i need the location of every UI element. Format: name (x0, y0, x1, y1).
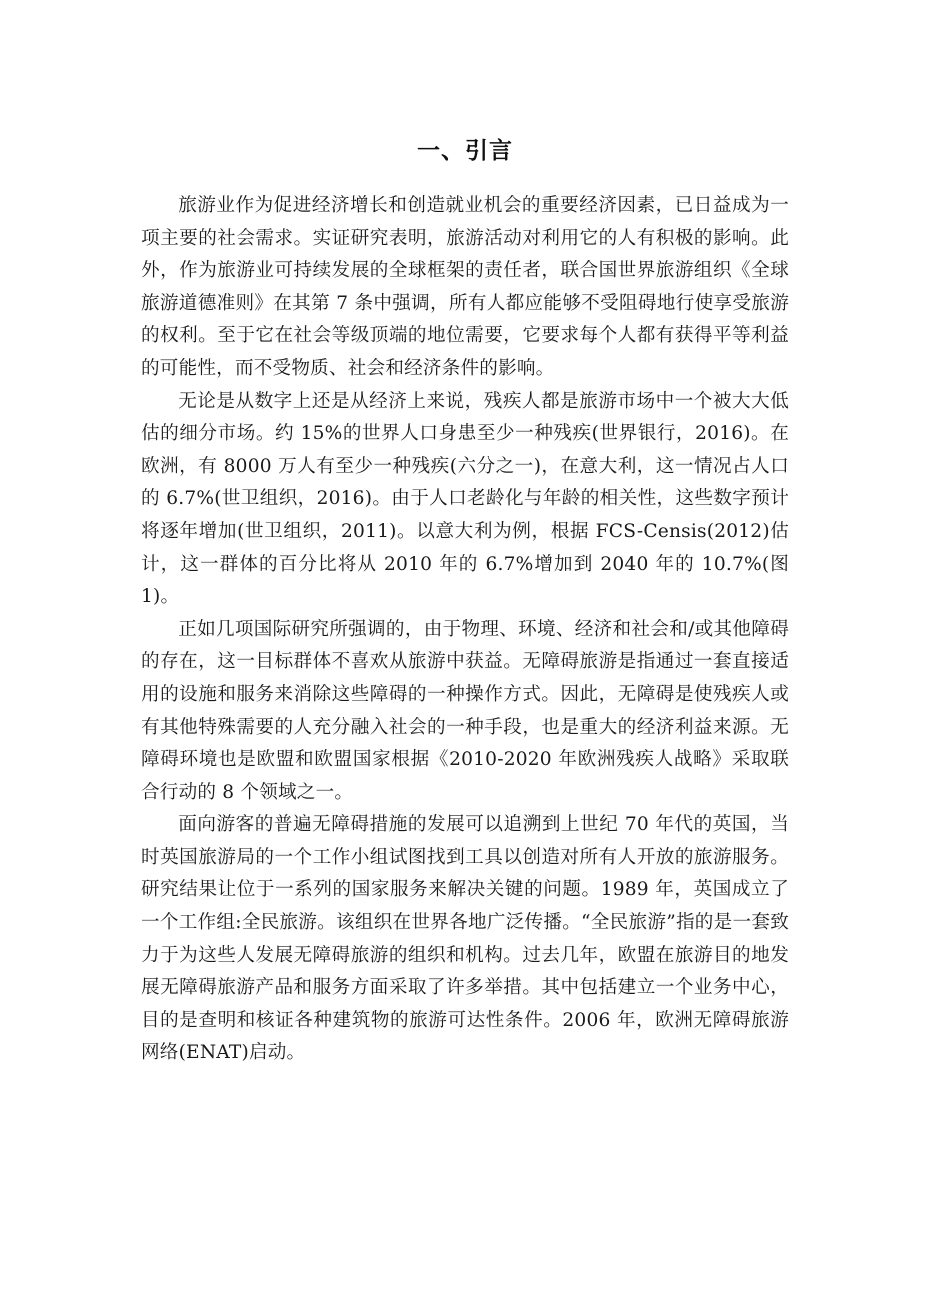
paragraph-4: 面向游客的普遍无障碍措施的发展可以追溯到上世纪 70 年代的英国，当时英国旅游局… (141, 809, 789, 1070)
paragraph-2: 无论是从数字上还是从经济上来说，残疾人都是旅游市场中一个被大大低估的细分市场。约… (141, 386, 789, 614)
document-body: 旅游业作为促进经济增长和创造就业机会的重要经济因素，已日益成为一项主要的社会需求… (141, 190, 789, 1070)
paragraph-1: 旅游业作为促进经济增长和创造就业机会的重要经济因素，已日益成为一项主要的社会需求… (141, 190, 789, 386)
section-title: 一、引言 (141, 132, 789, 165)
paragraph-3: 正如几项国际研究所强调的，由于物理、环境、经济和社会和/或其他障碍的存在，这一目… (141, 614, 789, 810)
